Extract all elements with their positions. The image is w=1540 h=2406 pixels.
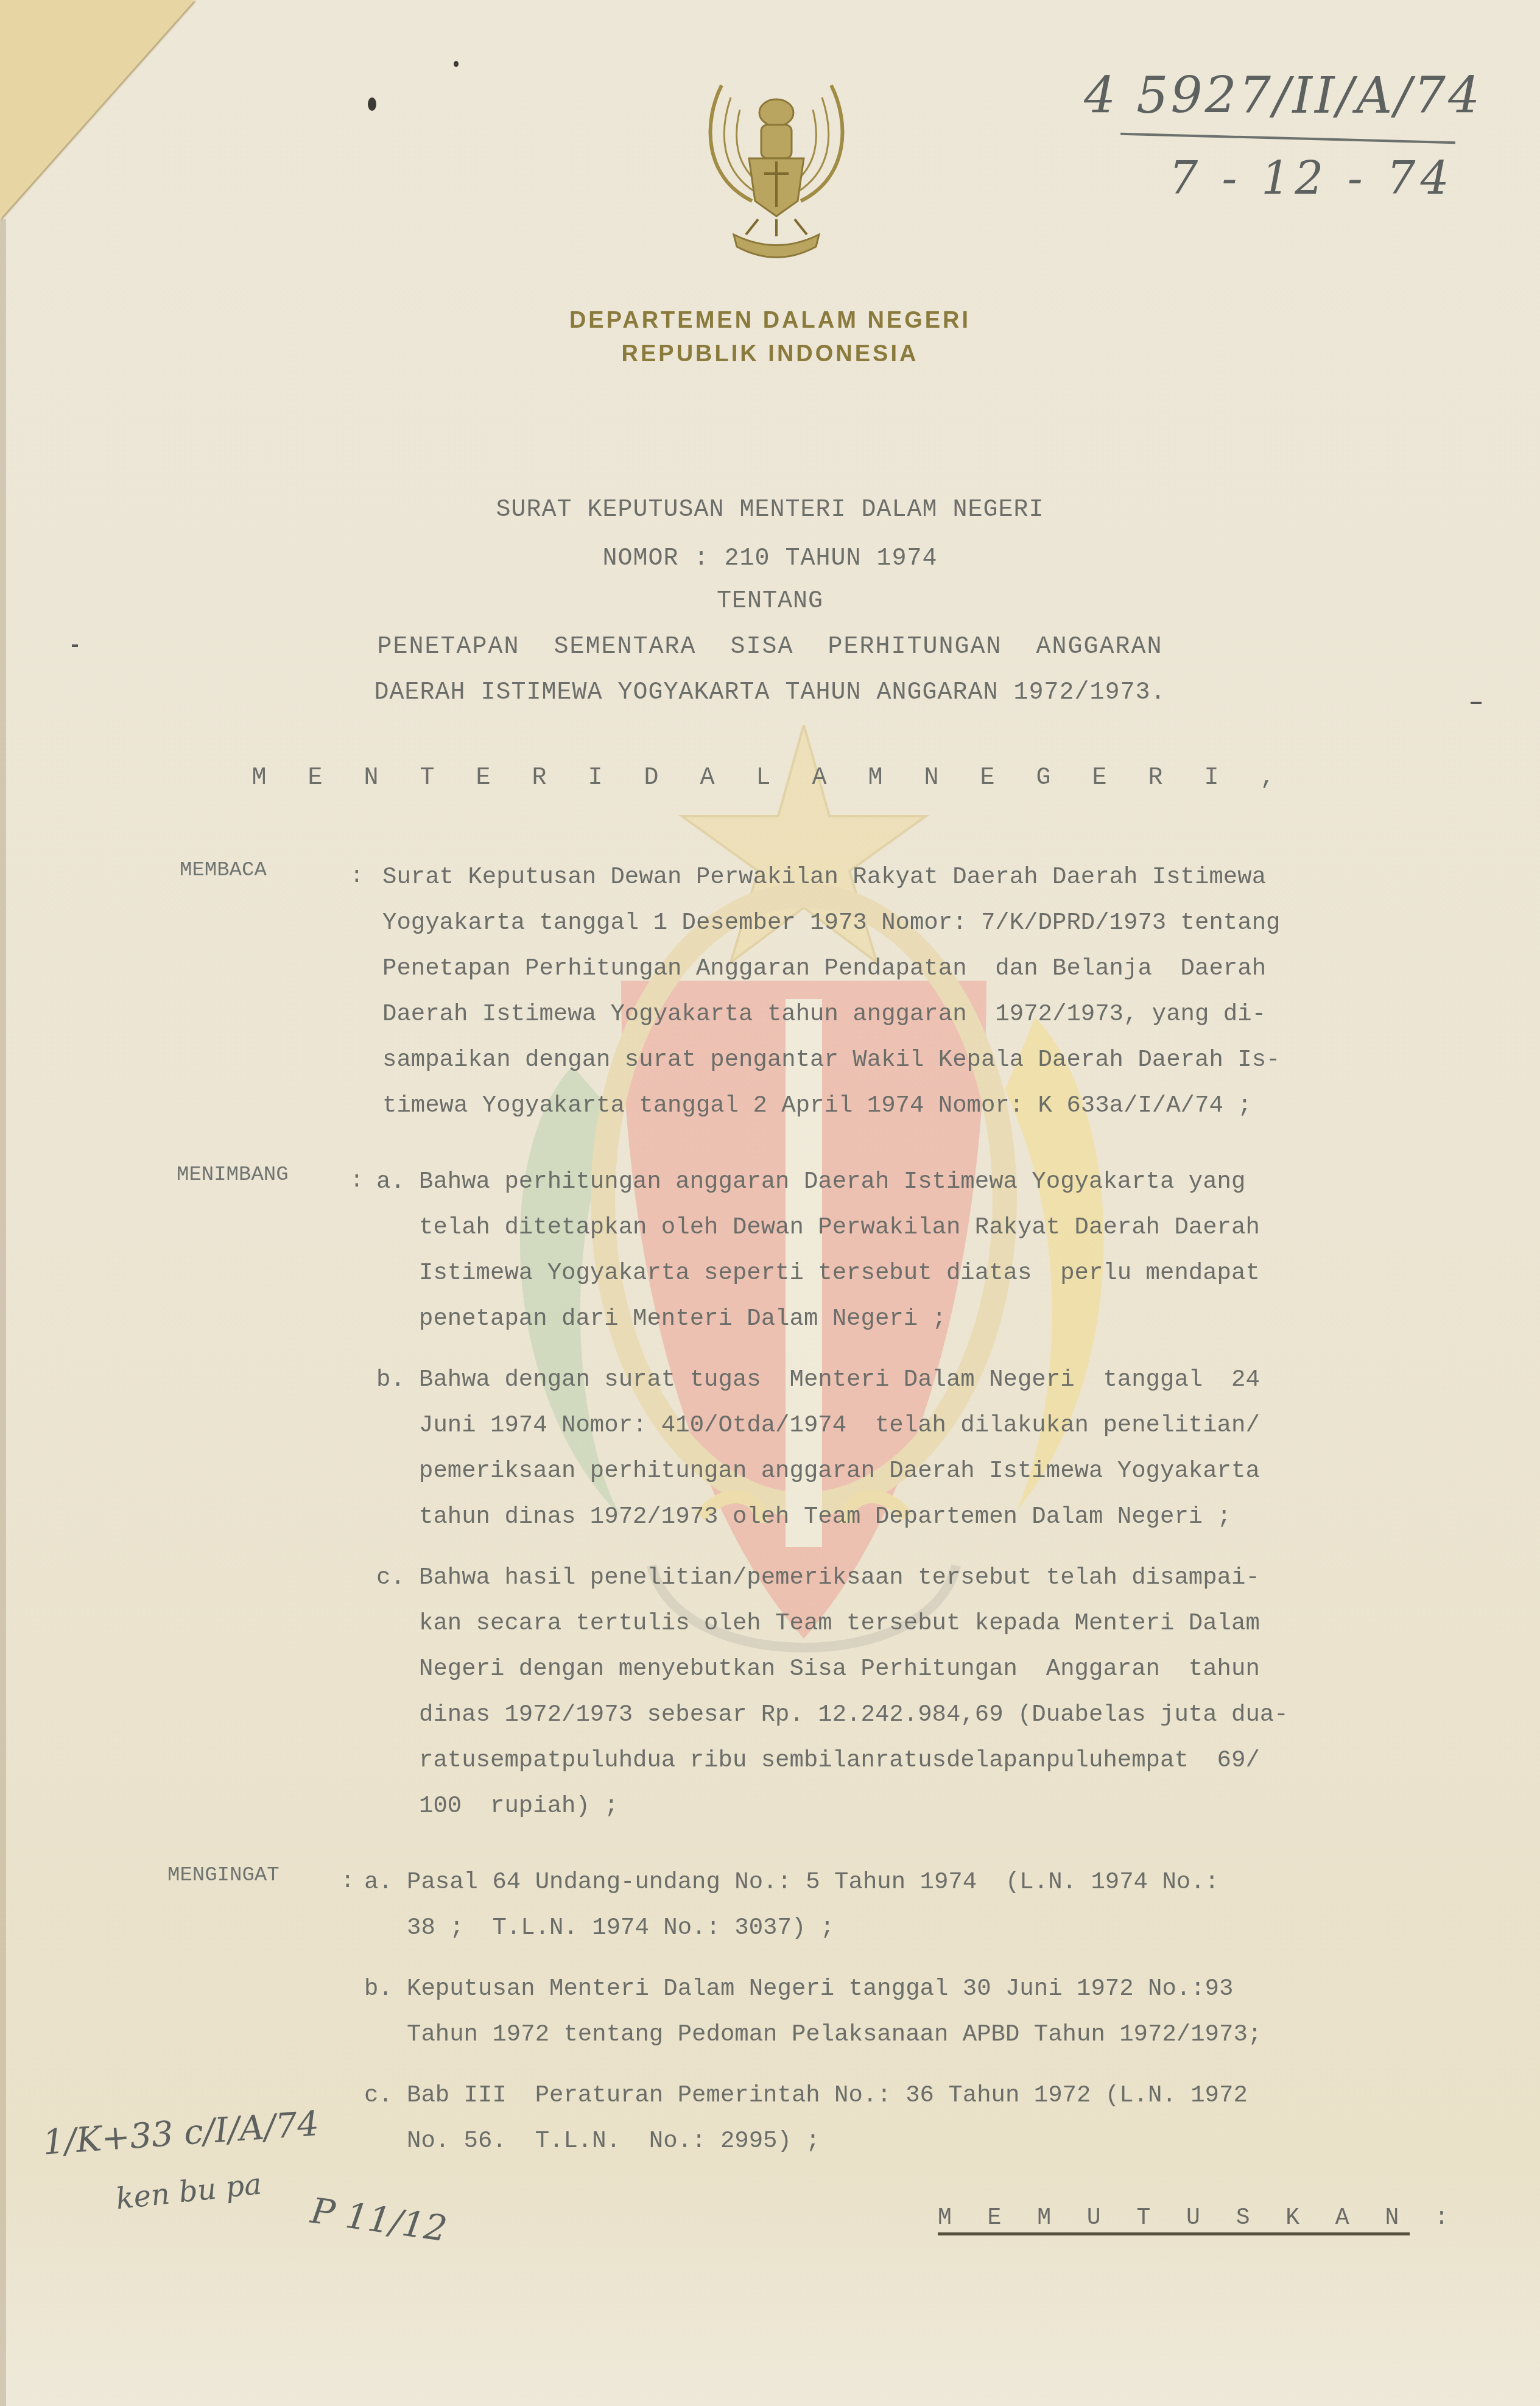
decree-about: TENTANG	[0, 588, 1540, 615]
menimbang-a-line: telah ditetapkan oleh Dewan Perwakilan R…	[419, 1214, 1260, 1241]
mengingat-c-line: No. 56. T.L.N. No.: 2995) ;	[407, 2128, 820, 2154]
decision-heading-text: M E M U T U S K A N	[938, 2205, 1410, 2235]
membaca-line: Surat Keputusan Dewan Perwakilan Rakyat …	[382, 864, 1266, 891]
section-label-membaca: MEMBACA	[180, 859, 267, 882]
ink-spot	[454, 61, 459, 67]
folded-corner	[0, 0, 195, 219]
membaca-line: Penetapan Perhitungan Anggaran Pendapata…	[382, 955, 1266, 982]
section-label-menimbang: MENIMBANG	[177, 1163, 289, 1187]
mengingat-b-line: Tahun 1972 tentang Pedoman Pelaksanaan A…	[407, 2021, 1262, 2048]
garuda-emblem-icon	[679, 73, 874, 274]
membaca-line: timewa Yogyakarta tanggal 2 April 1974 N…	[382, 1092, 1252, 1119]
mengingat-a-line: Pasal 64 Undang-undang No.: 5 Tahun 1974…	[407, 1869, 1219, 1896]
handwritten-reference-number: 4 5927/II/A/74	[1084, 67, 1482, 125]
colon: :	[350, 864, 364, 889]
menimbang-item-marker: c.	[376, 1564, 405, 1591]
membaca-line: Daerah Istimewa Yogyakarta tahun anggara…	[382, 1001, 1266, 1028]
issuing-authority: M E N T E R I D A L A M N E G E R I ,	[0, 764, 1540, 792]
colon: :	[341, 1869, 354, 1894]
menimbang-a-line: penetapan dari Menteri Dalam Negeri ;	[419, 1305, 946, 1332]
menimbang-c-line: ratusempatpuluhdua ribu sembilanratusdel…	[419, 1747, 1260, 1774]
mengingat-b-line: Keputusan Menteri Dalam Negeri tanggal 3…	[407, 1975, 1233, 2002]
decree-number: NOMOR : 210 TAHUN 1974	[0, 545, 1540, 573]
mengingat-c-line: Bab III Peraturan Pemerintah No.: 36 Tah…	[407, 2082, 1248, 2109]
ink-spot	[368, 97, 376, 111]
menimbang-c-line: Bahwa hasil penelitian/pemeriksaan terse…	[419, 1564, 1260, 1591]
letterhead-department: DEPARTEMEN DALAM NEGERI	[0, 308, 1540, 334]
mengingat-item-marker: c.	[364, 2082, 393, 2109]
mengingat-a-line: 38 ; T.L.N. 1974 No.: 3037) ;	[407, 1914, 834, 1941]
membaca-line: Yogyakarta tanggal 1 Desember 1973 Nomor…	[382, 909, 1280, 936]
menimbang-b-line: Bahwa dengan surat tugas Menteri Dalam N…	[419, 1366, 1260, 1393]
decree-title: SURAT KEPUTUSAN MENTERI DALAM NEGERI	[0, 496, 1540, 524]
menimbang-item-marker: b.	[376, 1366, 405, 1393]
menimbang-a-line: Istimewa Yogyakarta seperti tersebut dia…	[419, 1260, 1260, 1286]
decision-heading: M E M U T U S K A N :	[938, 2205, 1460, 2231]
menimbang-c-line: 100 rupiah) ;	[419, 1793, 619, 1819]
decree-subject-line-1: PENETAPAN SEMENTARA SISA PERHITUNGAN ANG…	[0, 633, 1540, 661]
menimbang-c-line: dinas 1972/1973 sebesar Rp. 12.242.984,6…	[419, 1701, 1289, 1728]
menimbang-item-marker: a.	[376, 1168, 405, 1195]
menimbang-b-line: tahun dinas 1972/1973 oleh Team Departem…	[419, 1503, 1231, 1530]
mengingat-item-marker: a.	[364, 1869, 393, 1896]
colon: :	[1435, 2205, 1460, 2231]
menimbang-b-line: Juni 1974 Nomor: 410/Otda/1974 telah dil…	[419, 1412, 1260, 1439]
section-label-mengingat: MENGINGAT	[167, 1864, 280, 1887]
letterhead-republic: REPUBLIK INDONESIA	[0, 341, 1540, 367]
colon: :	[350, 1168, 364, 1193]
menimbang-a-line: Bahwa perhitungan anggaran Daerah Istime…	[419, 1168, 1245, 1195]
menimbang-c-line: kan secara tertulis oleh Team tersebut k…	[419, 1610, 1260, 1637]
membaca-line: sampaikan dengan surat pengantar Wakil K…	[382, 1046, 1280, 1073]
decree-subject-line-2: DAERAH ISTIMEWA YOGYAKARTA TAHUN ANGGARA…	[0, 679, 1540, 707]
mengingat-item-marker: b.	[364, 1975, 393, 2002]
menimbang-b-line: pemeriksaan perhitungan anggaran Daerah …	[419, 1458, 1260, 1484]
handwritten-date: 7 - 12 - 74	[1169, 152, 1454, 205]
menimbang-c-line: Negeri dengan menyebutkan Sisa Perhitung…	[419, 1656, 1260, 1682]
